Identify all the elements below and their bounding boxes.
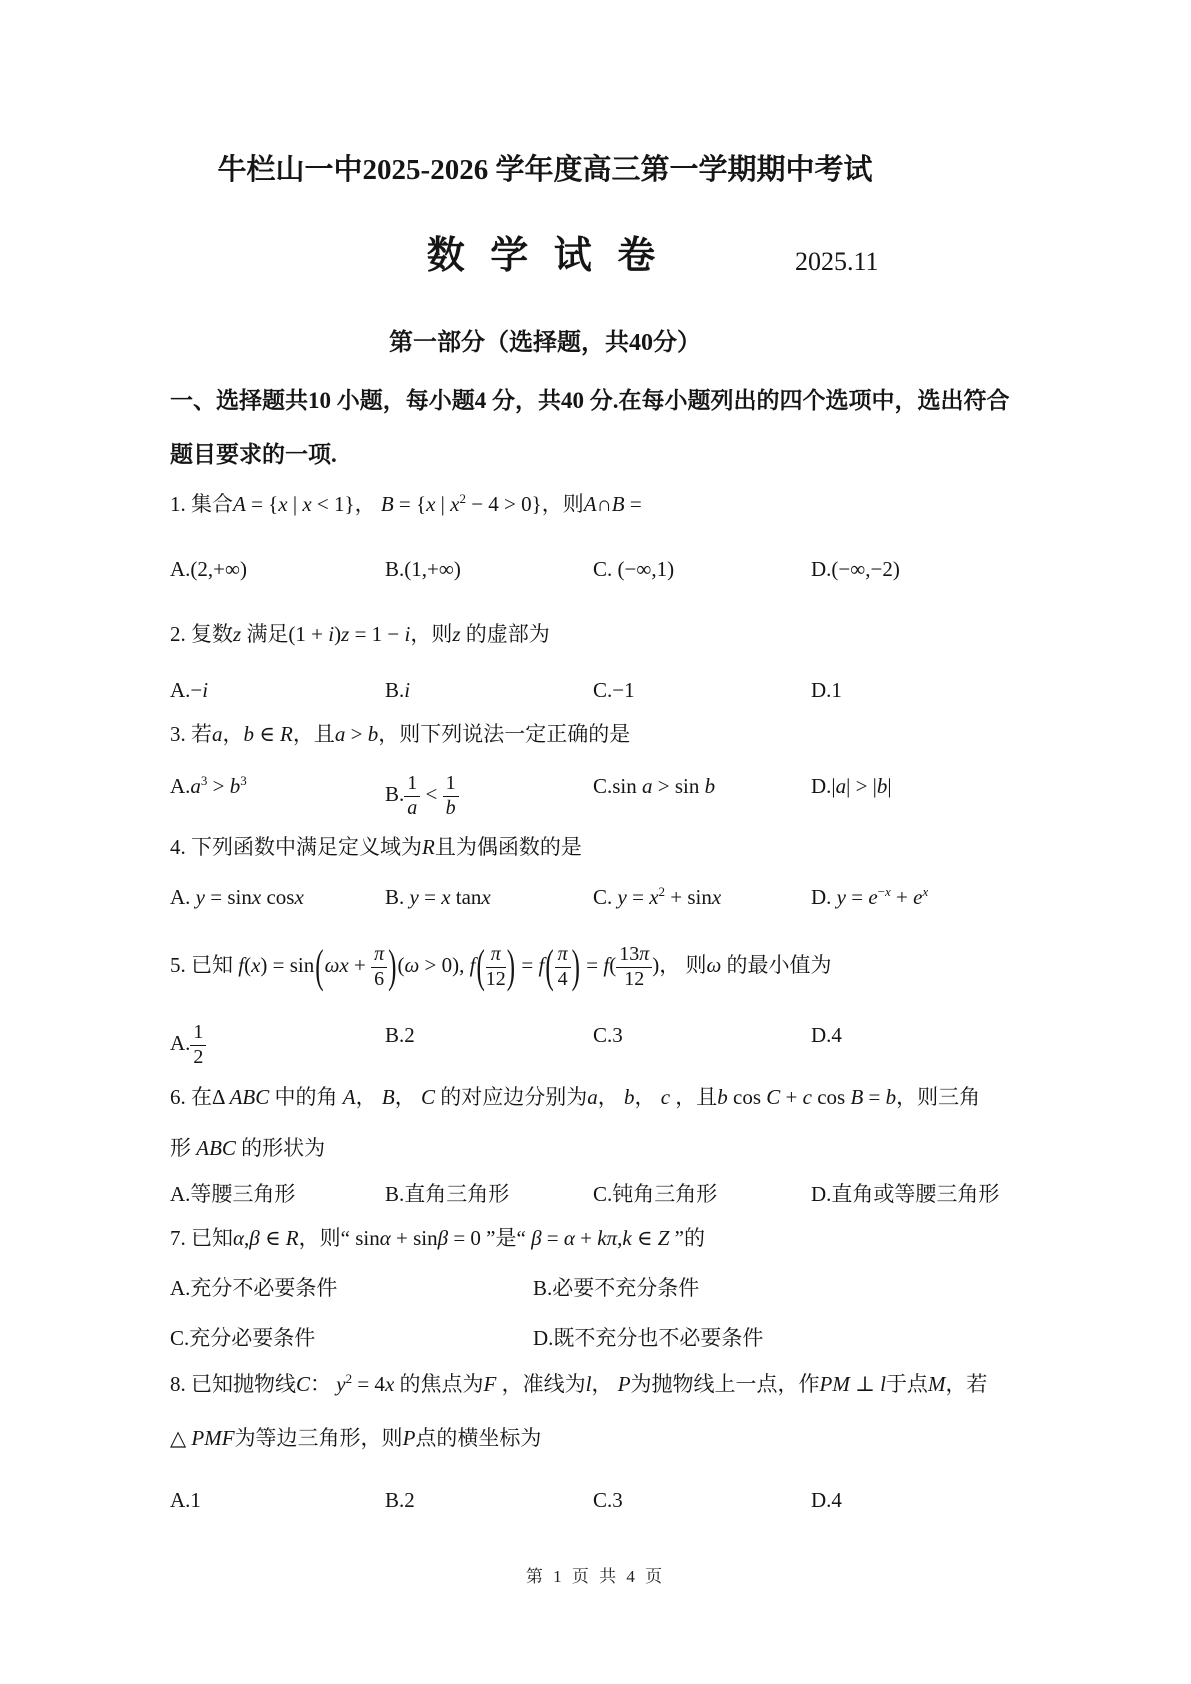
q7-option-a: A.充分不必要条件 [170, 1275, 533, 1302]
q2-option-c: C.−1 [593, 677, 811, 704]
q3-option-c: C.sin a > sin b [593, 773, 811, 819]
q5-option-b: B.2 [385, 1022, 593, 1068]
exam-paper-page: 牛栏山一中2025-2026 学年度高三第一学期期中考试 数 学 试 卷 202… [0, 0, 1191, 1684]
question-4-options: A. y = sinx cosx B. y = x tanx C. y = x2… [170, 884, 1032, 911]
q3-option-d: D.|a| > |b| [811, 773, 1032, 819]
q6-option-d: D.直角或等腰三角形 [811, 1181, 1032, 1208]
question-7-options-row1: A.充分不必要条件 B.必要不充分条件 [170, 1275, 1032, 1302]
question-1-stem: 1. 集合A = {x | x < 1}， B = {x | x2 − 4 > … [170, 491, 1032, 518]
page-title: 牛栏山一中2025-2026 学年度高三第一学期期中考试 [0, 150, 1090, 190]
q2-option-d: D.1 [811, 677, 1032, 704]
page-footer: 第 1 页 共 4 页 [0, 1563, 1191, 1590]
q2-option-b: B.i [385, 677, 593, 704]
q4-option-c: C. y = x2 + sinx [593, 884, 811, 911]
q4-option-d: D. y = e−x + ex [811, 884, 1032, 911]
q5-option-d: D.4 [811, 1022, 1032, 1068]
q4-option-a: A. y = sinx cosx [170, 884, 385, 911]
q1-option-b: B.(1,+∞) [385, 556, 593, 583]
question-3-stem: 3. 若a，b ∈ R，且a > b，则下列说法一定正确的是 [170, 721, 1032, 748]
part1-header: 第一部分（选择题，共40分） [0, 327, 1090, 359]
question-8-stem-line1: 8. 已知抛物线C： y2 = 4x 的焦点为F ，准线为l， P为抛物线上一点… [170, 1371, 1032, 1398]
q8-option-d: D.4 [811, 1487, 1032, 1514]
question-5-options: A.12 B.2 C.3 D.4 [170, 1022, 1032, 1068]
question-5-stem: 5. 已知 f(x) = sin(ωx + π6)(ω > 0), f(π12)… [170, 944, 1032, 990]
q6-option-b: B.直角三角形 [385, 1181, 593, 1208]
subject-title: 数 学 试 卷 [0, 233, 1090, 279]
q3-option-a: A.a3 > b3 [170, 773, 385, 819]
q6-option-a: A.等腰三角形 [170, 1181, 385, 1208]
q3-option-b: B.1a < 1b [385, 773, 593, 819]
question-7-options-row2: C.充分必要条件 D.既不充分也不必要条件 [170, 1325, 1032, 1352]
question-8-stem-line2: △ PMF为等边三角形，则P点的横坐标为 [170, 1425, 1032, 1452]
q2-option-a: A.−i [170, 677, 385, 704]
question-8-options: A.1 B.2 C.3 D.4 [170, 1487, 1032, 1514]
exam-date: 2025.11 [795, 246, 879, 278]
q1-option-c: C. (−∞,1) [593, 556, 811, 583]
question-7-stem: 7. 已知α,β ∈ R，则“ sinα + sinβ = 0 ”是“ β = … [170, 1225, 1032, 1252]
q8-option-a: A.1 [170, 1487, 385, 1514]
q7-option-b: B.必要不充分条件 [533, 1275, 1032, 1302]
question-3-options: A.a3 > b3 B.1a < 1b C.sin a > sin b D.|a… [170, 773, 1032, 819]
q7-option-c: C.充分必要条件 [170, 1325, 533, 1352]
question-6-options: A.等腰三角形 B.直角三角形 C.钝角三角形 D.直角或等腰三角形 [170, 1181, 1032, 1208]
question-1-options: A.(2,+∞) B.(1,+∞) C. (−∞,1) D.(−∞,−2) [170, 556, 1032, 583]
question-2-stem: 2. 复数z 满足(1 + i)z = 1 − i，则z 的虚部为 [170, 621, 1032, 648]
q6-option-c: C.钝角三角形 [593, 1181, 811, 1208]
instructions-line1: 一、选择题共10 小题，每小题4 分，共40 分.在每小题列出的四个选项中，选出… [170, 386, 1032, 416]
q7-option-d: D.既不充分也不必要条件 [533, 1325, 1032, 1352]
q5-option-c: C.3 [593, 1022, 811, 1068]
q8-option-b: B.2 [385, 1487, 593, 1514]
q1-option-d: D.(−∞,−2) [811, 556, 1032, 583]
q1-option-a: A.(2,+∞) [170, 556, 385, 583]
q8-option-c: C.3 [593, 1487, 811, 1514]
question-6-stem-line1: 6. 在Δ ABC 中的角 A， B， C 的对应边分别为a， b， c ，且b… [170, 1084, 1032, 1111]
question-6-stem-line2: 形 ABC 的形状为 [170, 1135, 1032, 1162]
q5-option-a: A.12 [170, 1022, 385, 1068]
question-4-stem: 4. 下列函数中满足定义域为R且为偶函数的是 [170, 834, 1032, 861]
instructions-line2: 题目要求的一项. [170, 440, 1032, 470]
question-2-options: A.−i B.i C.−1 D.1 [170, 677, 1032, 704]
q4-option-b: B. y = x tanx [385, 884, 593, 911]
